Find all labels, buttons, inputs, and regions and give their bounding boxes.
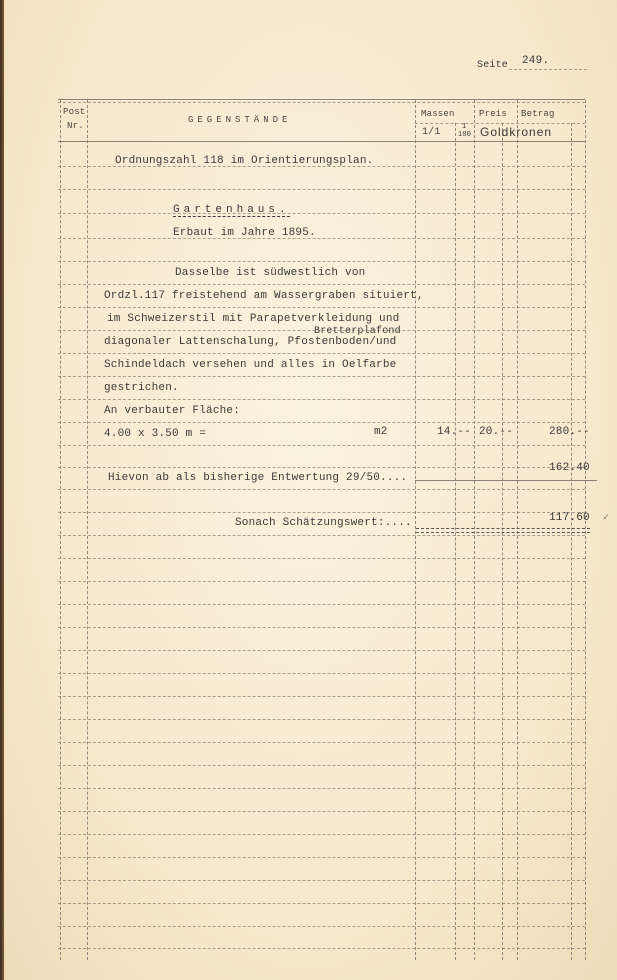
header-nr: Nr.	[67, 121, 84, 131]
col-line-items	[87, 100, 88, 960]
row-rule	[58, 307, 585, 308]
row-rule	[58, 213, 585, 214]
row-rule	[58, 719, 585, 720]
row-rule	[58, 903, 585, 904]
page-label: Seite	[477, 60, 508, 71]
row-rule	[58, 189, 585, 190]
area-unit: m2	[374, 426, 388, 438]
subtotal-rule	[415, 480, 597, 481]
depreciation-label: Hievon ab als bisherige Entwertung 29/50…	[108, 472, 407, 484]
row-rule	[58, 558, 585, 559]
built-year-line: Erbaut im Jahre 1895.	[173, 227, 316, 239]
row-rule	[58, 627, 585, 628]
row-rule	[58, 512, 585, 513]
area-quantity: 14.--	[437, 426, 471, 438]
col-line-post	[60, 100, 61, 960]
estimate-amount: 117.60	[549, 512, 590, 524]
header-preis: Preis	[479, 109, 507, 119]
row-rule	[58, 445, 585, 446]
building-title: Gartenhaus.	[173, 204, 290, 217]
row-rule	[58, 489, 585, 490]
description-line-4: diagonaler Lattenschalung, Pfostenboden/…	[104, 336, 396, 348]
row-rule	[58, 788, 585, 789]
row-rule	[58, 811, 585, 812]
header-masse-numerator: 1	[462, 124, 466, 131]
header-currency: Goldkronen	[480, 125, 552, 139]
description-line-2: Ordzl.117 freistehend am Wassergraben si…	[104, 290, 424, 302]
area-calculation: 4.00 x 3.50 m =	[104, 428, 206, 440]
row-rule	[58, 742, 585, 743]
row-rule	[58, 261, 585, 262]
row-rule	[58, 353, 585, 354]
header-post: Post	[63, 107, 85, 117]
row-rule	[58, 284, 585, 285]
row-rule	[58, 376, 585, 377]
ledger-page: Seite 249. Post Nr. GEGENSTÄN	[0, 0, 617, 980]
row-rule	[58, 857, 585, 858]
row-rule	[58, 834, 585, 835]
page-binding	[0, 0, 4, 980]
row-rule	[58, 399, 585, 400]
row-rule	[58, 535, 585, 536]
header-mid-rule	[415, 123, 585, 124]
order-number-line: Ordnungszahl 118 im Orientierungsplan.	[115, 155, 373, 167]
row-rule	[58, 926, 585, 927]
check-mark-icon: ✓	[603, 512, 609, 524]
header-masse-denominator: 100	[458, 132, 471, 139]
page-number: 249.	[522, 55, 549, 67]
page-number-underline	[509, 69, 587, 70]
description-line-1: Dasselbe ist südwestlich von	[175, 267, 365, 279]
area-amount: 280.--	[549, 426, 590, 438]
total-double-rule	[416, 528, 590, 533]
area-label: An verbauter Fläche:	[104, 405, 240, 417]
header-items: GEGENSTÄNDE	[188, 115, 291, 125]
row-rule	[58, 238, 585, 239]
row-rule	[58, 696, 585, 697]
description-line-6: gestrichen.	[104, 382, 179, 394]
header-bottom-rule	[58, 141, 585, 142]
row-rule	[58, 467, 585, 468]
row-rule	[58, 673, 585, 674]
row-rule	[58, 880, 585, 881]
row-rule	[58, 422, 585, 423]
description-line-3: im Schweizerstil mit Parapetverkleidung …	[107, 313, 399, 325]
table-top-rule	[58, 99, 585, 100]
area-unit-price: 20.--	[479, 426, 513, 438]
row-rule	[58, 604, 585, 605]
row-rule	[58, 650, 585, 651]
table-top-rule-2	[58, 102, 585, 103]
estimate-label: Sonach Schätzungswert:....	[235, 517, 412, 529]
header-masse: Massen	[421, 109, 455, 119]
header-masse-whole: 1/1	[422, 127, 441, 138]
header-betrag: Betrag	[521, 109, 555, 119]
depreciation-amount: 162.40	[549, 462, 590, 474]
row-rule	[58, 765, 585, 766]
row-rule	[58, 581, 585, 582]
row-rule	[58, 948, 585, 949]
description-line-5: Schindeldach versehen und alles in Oelfa…	[104, 359, 396, 371]
